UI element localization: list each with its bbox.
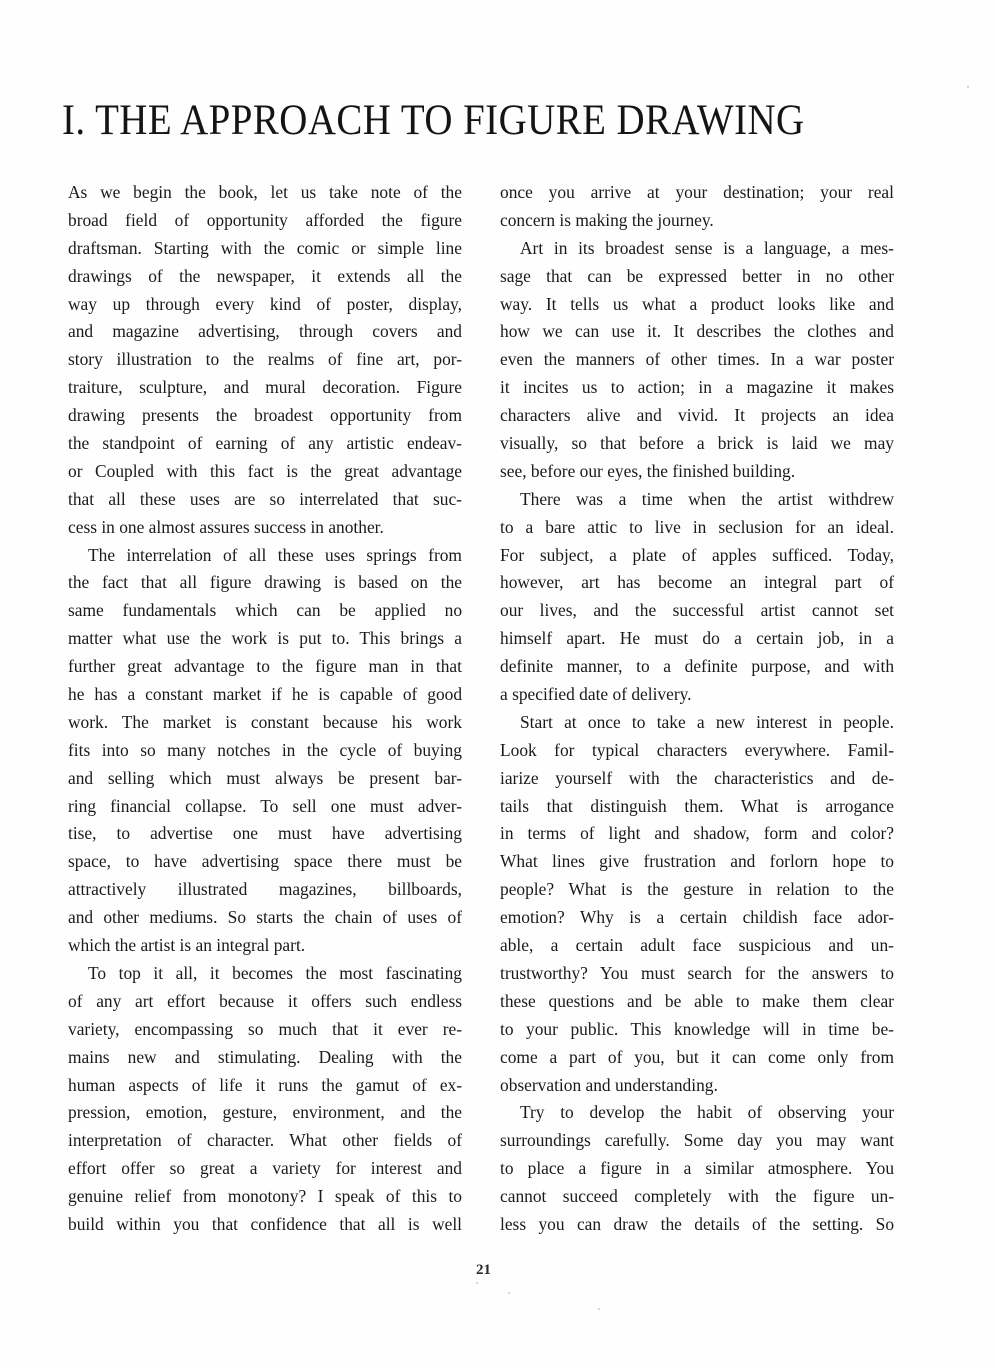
text-line: visually, so that before a brick is laid… <box>500 430 894 458</box>
text-line: To top it all, it becomes the most fasci… <box>68 960 462 988</box>
text-line: space, to have advertising space there m… <box>68 848 462 876</box>
text-line: trustworthy? You must search for the ans… <box>500 960 894 988</box>
text-line: or Coupled with this fact is the great a… <box>68 458 462 486</box>
text-line: concern is making the journey. <box>500 207 894 235</box>
text-line: mains new and stimulating. Dealing with … <box>68 1044 462 1072</box>
text-line: variety, encompassing so much that it ev… <box>68 1016 462 1044</box>
text-line: interpretation of character. What other … <box>68 1127 462 1155</box>
text-line: matter what use the work is put to. This… <box>68 625 462 653</box>
scan-speck <box>967 86 969 88</box>
text-line: sage that can be expressed better in no … <box>500 263 894 291</box>
right-text-column: once you arrive at your destination; you… <box>500 179 894 1239</box>
scan-speck <box>476 1282 478 1284</box>
text-line: human aspects of life it runs the gamut … <box>68 1072 462 1100</box>
text-line: characters alive and vivid. It projects … <box>500 402 894 430</box>
text-line: genuine relief from monotony? I speak of… <box>68 1183 462 1211</box>
text-line: drawings of the newspaper, it extends al… <box>68 263 462 291</box>
text-line: and selling which must always be present… <box>68 765 462 793</box>
text-line: that all these uses are so interrelated … <box>68 486 462 514</box>
text-line: in terms of light and shadow, form and c… <box>500 820 894 848</box>
text-line: the fact that all figure drawing is base… <box>68 569 462 597</box>
text-line: people? What is the gesture in relation … <box>500 876 894 904</box>
text-line: Look for typical characters everywhere. … <box>500 737 894 765</box>
text-line: draftsman. Starting with the comic or si… <box>68 235 462 263</box>
text-line: once you arrive at your destination; you… <box>500 179 894 207</box>
text-line: As we begin the book, let us take note o… <box>68 179 462 207</box>
text-line: effort offer so great a variety for inte… <box>68 1155 462 1183</box>
text-line: our lives, and the successful artist can… <box>500 597 894 625</box>
text-line: iarize yourself with the characteristics… <box>500 765 894 793</box>
text-line: way up through every kind of poster, dis… <box>68 291 462 319</box>
text-line: cannot succeed completely with the figur… <box>500 1183 894 1211</box>
text-line: The interrelation of all these uses spri… <box>68 542 462 570</box>
text-line: see, before our eyes, the finished build… <box>500 458 894 486</box>
text-line: even the manners of other times. In a wa… <box>500 346 894 374</box>
text-line: however, art has become an integral part… <box>500 569 894 597</box>
text-line: further great advantage to the figure ma… <box>68 653 462 681</box>
text-line: less you can draw the details of the set… <box>500 1211 894 1239</box>
text-line: he has a constant market if he is capabl… <box>68 681 462 709</box>
text-line: emotion? Why is a certain childish face … <box>500 904 894 932</box>
text-line: build within you that confidence that al… <box>68 1211 462 1239</box>
text-line: come a part of you, but it can come only… <box>500 1044 894 1072</box>
text-line: and other mediums. So starts the chain o… <box>68 904 462 932</box>
text-line: work. The market is constant because his… <box>68 709 462 737</box>
text-line: tails that distinguish them. What is arr… <box>500 793 894 821</box>
text-line: the standpoint of earning of any artisti… <box>68 430 462 458</box>
scan-speck <box>508 1292 510 1294</box>
text-line: drawing presents the broadest opportunit… <box>68 402 462 430</box>
text-line: it incites us to action; in a magazine i… <box>500 374 894 402</box>
text-line: Try to develop the habit of observing yo… <box>500 1099 894 1127</box>
text-line: a specified date of delivery. <box>500 681 894 709</box>
text-line: these questions and be able to make them… <box>500 988 894 1016</box>
text-line: same fundamentals which can be applied n… <box>68 597 462 625</box>
text-line: able, a certain adult face suspicious an… <box>500 932 894 960</box>
text-line: and magazine advertising, through covers… <box>68 318 462 346</box>
text-line: story illustration to the realms of fine… <box>68 346 462 374</box>
text-line: For subject, a plate of apples sufficed.… <box>500 542 894 570</box>
text-line: cess in one almost assures success in an… <box>68 514 462 542</box>
text-line: What lines give frustration and forlorn … <box>500 848 894 876</box>
text-line: attractively illustrated magazines, bill… <box>68 876 462 904</box>
text-line: Start at once to take a new interest in … <box>500 709 894 737</box>
text-line: which the artist is an integral part. <box>68 932 462 960</box>
page-number: 21 <box>476 1262 491 1279</box>
text-line: Art in its broadest sense is a language,… <box>500 235 894 263</box>
text-line: to your public. This knowledge will in t… <box>500 1016 894 1044</box>
text-line: to a bare attic to live in seclusion for… <box>500 514 894 542</box>
text-line: observation and understanding. <box>500 1072 894 1100</box>
text-line: tise, to advertise one must have adverti… <box>68 820 462 848</box>
text-line: way. It tells us what a product looks li… <box>500 291 894 319</box>
text-line: how we can use it. It describes the clot… <box>500 318 894 346</box>
text-line: definite manner, to a definite purpose, … <box>500 653 894 681</box>
text-line: of any art effort because it offers such… <box>68 988 462 1016</box>
text-line: traiture, sculpture, and mural decoratio… <box>68 374 462 402</box>
chapter-title: I. THE APPROACH TO FIGURE DRAWING <box>62 95 858 147</box>
text-line: surroundings carefully. Some day you may… <box>500 1127 894 1155</box>
text-line: pression, emotion, gesture, environment,… <box>68 1099 462 1127</box>
text-line: to place a figure in a similar atmospher… <box>500 1155 894 1183</box>
text-line: ring financial collapse. To sell one mus… <box>68 793 462 821</box>
text-line: broad field of opportunity afforded the … <box>68 207 462 235</box>
left-text-column: As we begin the book, let us take note o… <box>68 179 462 1239</box>
text-line: fits into so many notches in the cycle o… <box>68 737 462 765</box>
text-line: There was a time when the artist withdre… <box>500 486 894 514</box>
scan-speck <box>598 1308 600 1310</box>
text-line: himself apart. He must do a certain job,… <box>500 625 894 653</box>
book-page: I. THE APPROACH TO FIGURE DRAWING As we … <box>0 0 995 1368</box>
